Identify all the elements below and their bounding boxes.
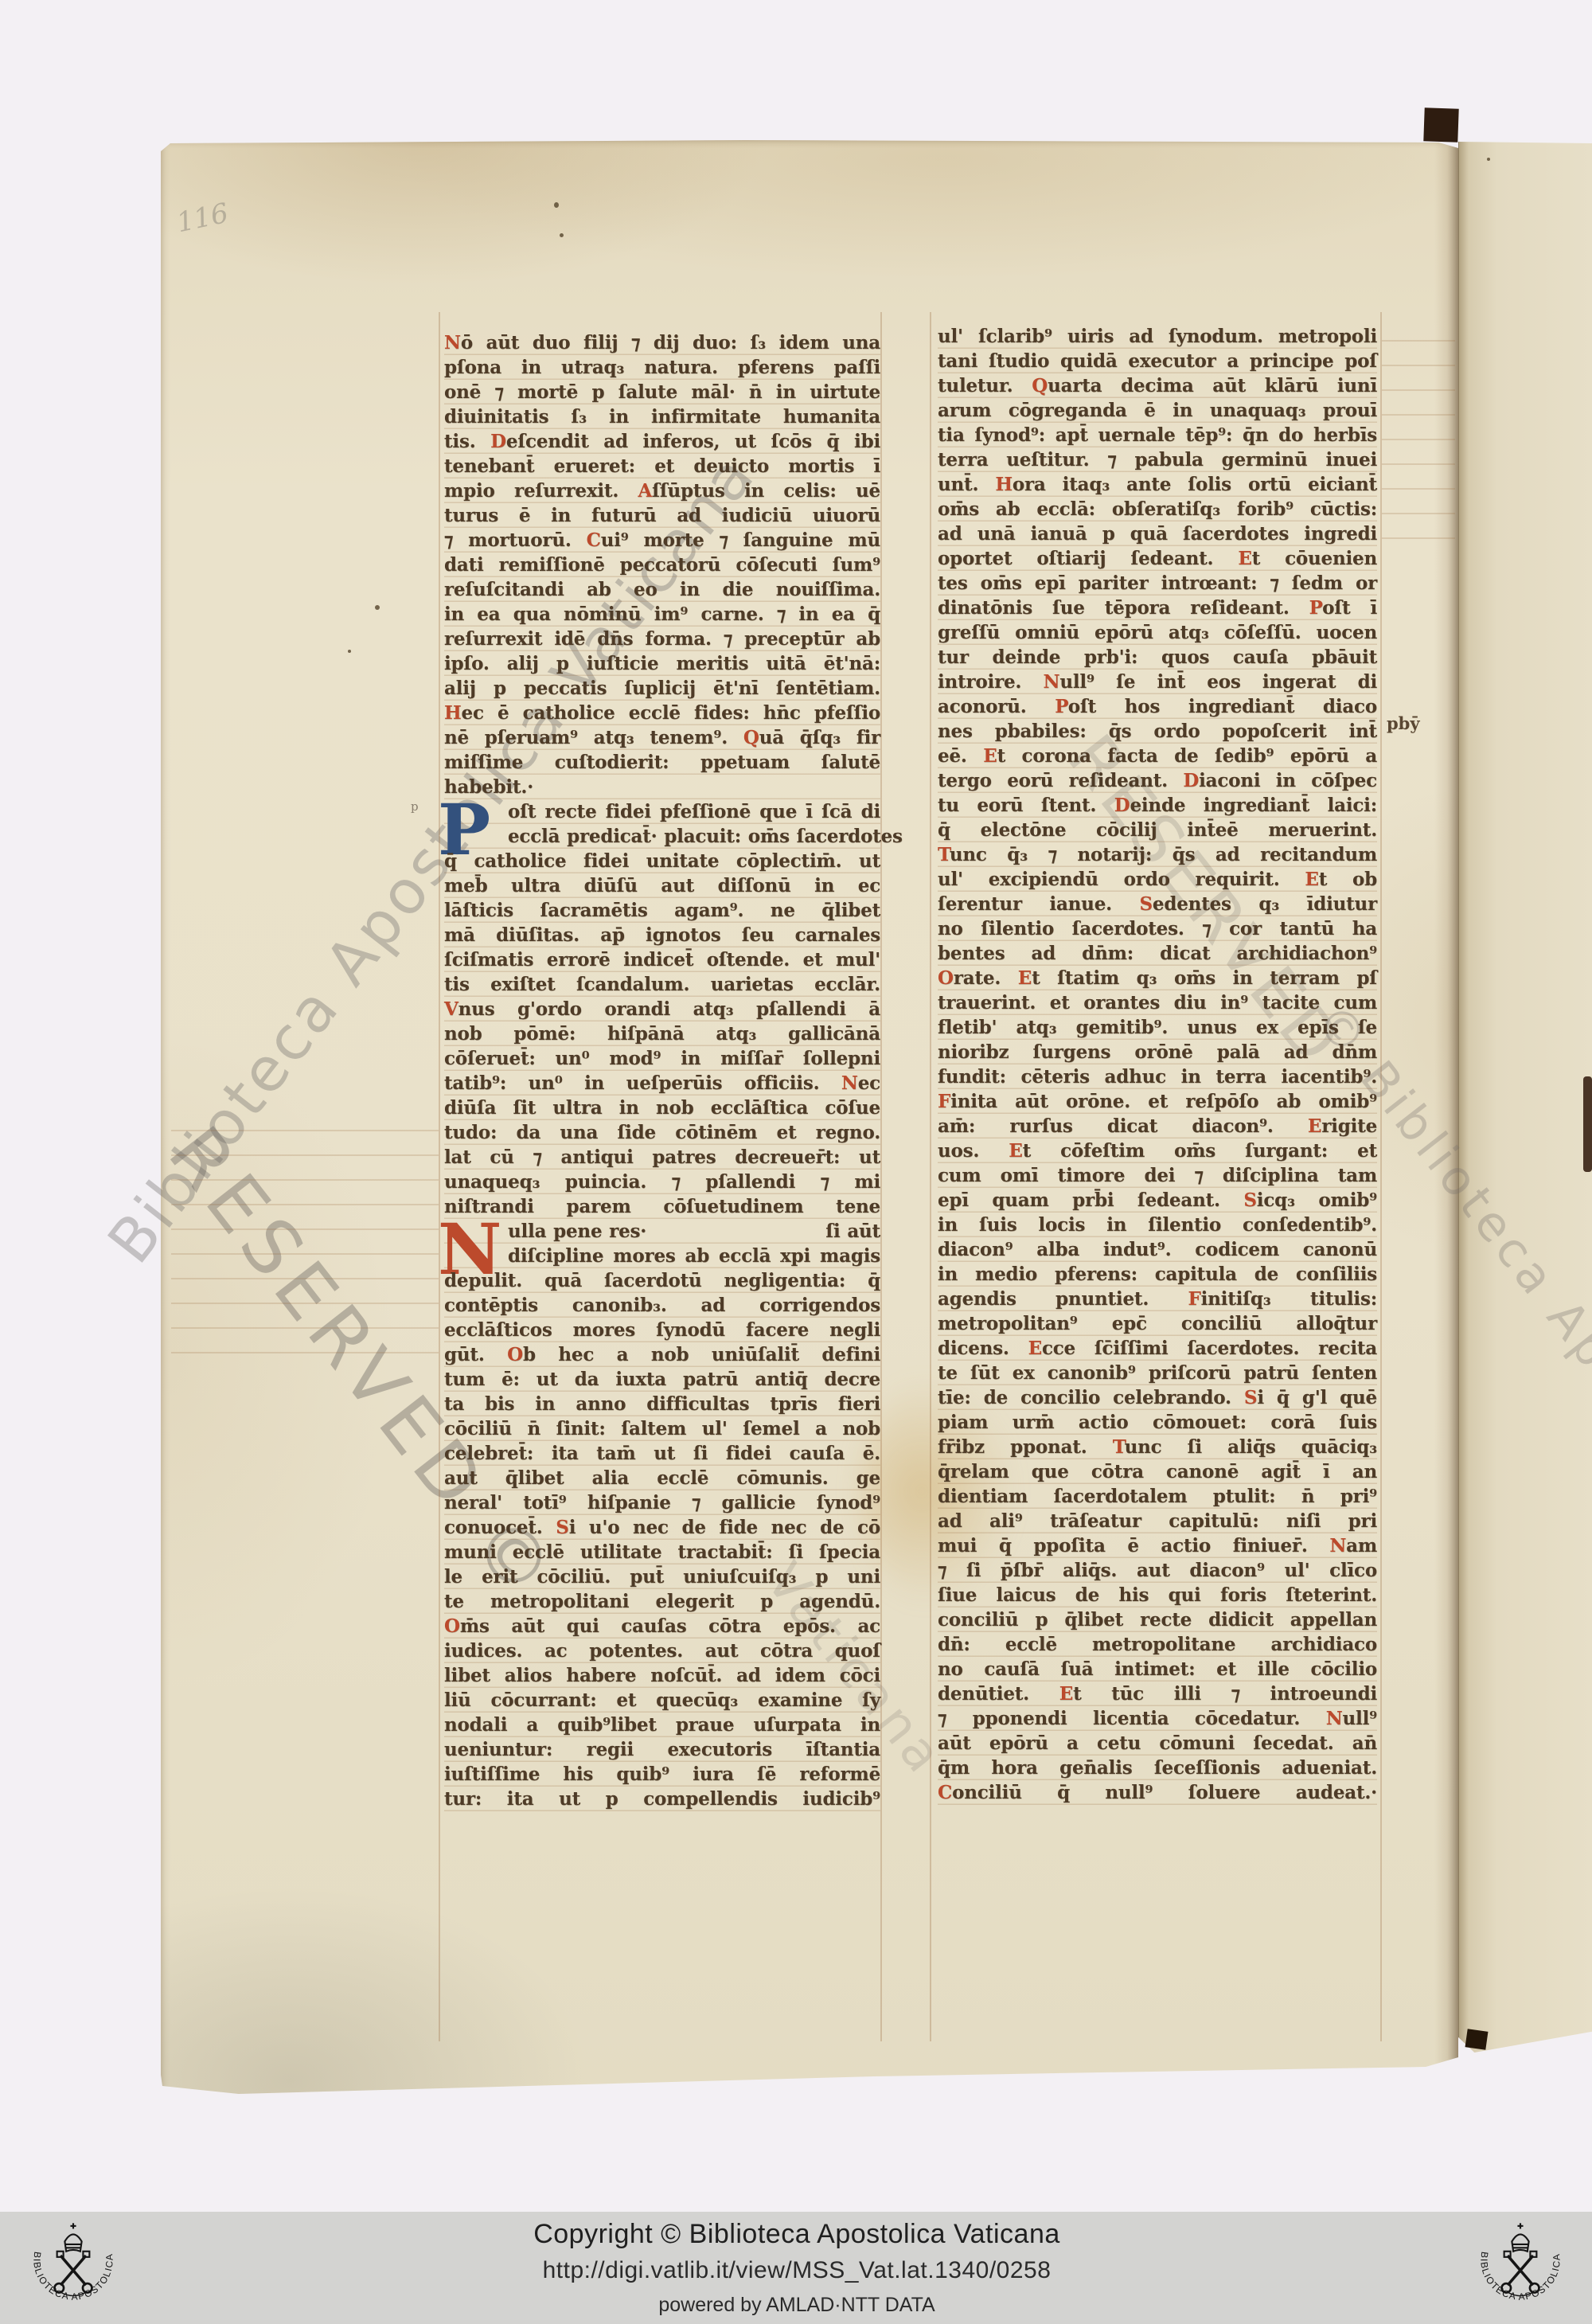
rubricated-letter: C <box>587 529 601 551</box>
footer-text-block: Copyright © Biblioteca Apostolica Vatica… <box>123 2219 1471 2317</box>
copyright-text: Copyright © Biblioteca Apostolica Vatica… <box>123 2219 1471 2250</box>
manuscript-line: conciliū p q̄libet recte didicit appella… <box>938 1607 1377 1632</box>
manuscript-line: uos. Et cōfeſtim om̄s ſurgant: et <box>938 1139 1377 1163</box>
manuscript-line: alij p peccatis ſuplicij ēt'nī ſentētiam… <box>444 676 880 701</box>
digitization-url[interactable]: http://digi.vatlib.it/view/MSS_Vat.lat.1… <box>123 2257 1471 2284</box>
manuscript-line: tum ē: ut da iuxta patrū antiq̄ decre <box>444 1367 880 1392</box>
manuscript-line: nob pōmē: hiſpānā atq₃ gallicānā <box>444 1021 880 1046</box>
manuscript-line: tia ſynod⁹: apt̄ uernale tēp⁹: q̄n do he… <box>938 423 1377 447</box>
manuscript-line: tur: ita ut p compellendis iudicib⁹ <box>444 1787 880 1811</box>
manuscript-line: tur deinde prb'i: quos cauſa pbāuit <box>938 645 1377 670</box>
photo-area: Biblioteca Apostolica Vaticana RESERVED … <box>0 0 1592 2212</box>
rubricated-letter: E <box>1308 1115 1321 1137</box>
manuscript-line: tis. Deſcendit ad inferos, ut ſcōs q̄ ib… <box>444 429 880 454</box>
ruling-vertical <box>439 312 440 2041</box>
rubricated-letter: D <box>1114 795 1130 816</box>
rubricated-letter: Q <box>743 727 759 748</box>
manuscript-line: ad ali⁹ trāſeatur capitulū: niſi pri <box>938 1509 1377 1533</box>
manuscript-line: in medio pferens: capitula de conſiliis <box>938 1262 1377 1287</box>
manuscript-line: lāſticis ſacramētis agam⁹. ne q̄libet <box>444 898 880 923</box>
facing-page-edge <box>1458 142 1592 2053</box>
ink-speck <box>375 605 380 610</box>
manuscript-line: diacon⁹ alba indut⁹. codicem canonū <box>938 1237 1377 1262</box>
manuscript-line: Finita aūt orōne. et reſpōſo ab omib⁹ <box>938 1089 1377 1114</box>
manuscript-line: Vnus g'ordo orandi atq₃ pſallendi ā <box>444 997 880 1021</box>
manuscript-line: arum cōgreganda ē in unaquaq₃ prouī <box>938 398 1377 423</box>
manuscript-line: meb̄ ultra diūſū aut diſſonū in ec <box>444 873 880 898</box>
manuscript-line: ſciſmatis errorē indicet̄ oſtende. et mu… <box>444 947 880 972</box>
manuscript-line: q̄ catholice fidei unitate cōplectim̄. u… <box>444 849 880 873</box>
manuscript-line: ul' excipiendū ordo requirit. Et ob <box>938 867 1377 892</box>
manuscript-line: celebret̄: ita tam̄ ut ſi fidei cauſa ē. <box>444 1441 880 1466</box>
manuscript-line: lat cū ⁊ antiqui patres decreuer̄t: ut <box>444 1145 880 1170</box>
manuscript-line: ⁊ ſi p̄ſbr̄ aliq̄s. aut diacon⁹ ul' clīc… <box>938 1558 1377 1583</box>
manuscript-line: q̄m hora gen̄alis ſeceſſionis adueniat. <box>938 1756 1377 1780</box>
rubricated-letter: O <box>938 967 954 989</box>
rubricated-letter: D <box>490 431 506 452</box>
manuscript-line: bentes ad dn̄m: dicat archidiachon⁹ <box>938 941 1377 966</box>
manuscript-line: Conciliū q̄ null⁹ ſoluere audeat.· <box>938 1780 1377 1805</box>
manuscript-line: te metropolitani elegerit p agendū. <box>444 1589 880 1614</box>
manuscript-line: depulit. quā ſacerdotū negligentia: q̄ <box>444 1268 880 1293</box>
manuscript-line: dinatōnis ſue tēpora reſideant. Poſt ī <box>938 596 1377 620</box>
ruling-margin-stub <box>1382 317 1455 556</box>
vatican-library-logo-right <box>1471 2219 1570 2318</box>
rubricated-letter: N <box>841 1072 858 1094</box>
manuscript-line: tīe: de concilio celebrando. Si q̄ g'l q… <box>938 1385 1377 1410</box>
manuscript-line: le erit cōciliū. put̄ uniuſcuiſq₃ p uni <box>444 1564 880 1589</box>
ink-speck <box>348 650 351 653</box>
manuscript-line: aut q̄libet alia ecclē cōmunis. ge <box>444 1466 880 1490</box>
manuscript-line: oportet oſtiarij ſedeant. Et cōuenien <box>938 546 1377 571</box>
rubricated-letter: E <box>1238 548 1251 569</box>
manuscript-line: te ſūt ex canonib⁹ priſcorū patrū ſenten <box>938 1361 1377 1385</box>
manuscript-line: tani ſtudio quidā executor a principe po… <box>938 349 1377 373</box>
manuscript-line: mui q̄ ppoſita ē actio finiuer̄. Nam <box>938 1533 1377 1558</box>
manuscript-line: greſſū omniū epōrū atq₃ cōſeſſū. uocen <box>938 620 1377 645</box>
manuscript-line: nē pſeruam⁹ atq₃ tenem⁹. Quā q̄ſq₃ fir <box>444 725 880 750</box>
manuscript-line: iuſtiſſime his quib⁹ iura ſē reformē <box>444 1762 880 1787</box>
manuscript-line: ſiue laicus de his qui foris ſteterint. <box>938 1583 1377 1607</box>
manuscript-line: ul' ſclarib⁹ uiris ad ſynodum. metropoli <box>938 324 1377 349</box>
manuscript-line: Poſt recte fidei pfeſſionē que ī ſcā di <box>444 799 880 824</box>
manuscript-line: neral' totī⁹ hiſpanie ⁊ gallicie ſynod⁹ <box>444 1490 880 1515</box>
manuscript-line: ecclā predicat̄· placuit: om̄s ſacerdote… <box>444 824 880 849</box>
manuscript-line: no cauſā ſuā intimet: et ille cōcilio <box>938 1657 1377 1681</box>
manuscript-line: tenebant̄ erueret: et deuicto mortis ī <box>444 454 880 478</box>
rubricated-letter: N <box>1329 1535 1346 1556</box>
manuscript-line: eē. Et corona facta de ſedib⁹ epōrū a <box>938 744 1377 768</box>
manuscript-line: diſcipline mores ab ecclā xpi magis <box>444 1244 880 1268</box>
manuscript-line: piam urm̄ actio cōmouet: corā ſuis <box>938 1410 1377 1435</box>
manuscript-line: diuinitatis ſ₃ in infirmitate humanita <box>444 404 880 429</box>
manuscript-line: ⁊ pponendi licentia cōcedatur. Null⁹ <box>938 1706 1377 1731</box>
text-column-right: ul' ſclarib⁹ uiris ad ſynodum. metropoli… <box>938 324 1377 1805</box>
manuscript-line: cōſeruet̄: un⁰ mod⁹ in miſſar̄ ſollepni <box>444 1046 880 1071</box>
rubricated-letter: E <box>1059 1683 1073 1705</box>
manuscript-line: ipſo. alij p iuſticie meritis uitā ēt'nā… <box>444 651 880 676</box>
manuscript-line: aconorū. Poſt hos ingrediant̄ diaco <box>938 694 1377 719</box>
rubricated-letter: H <box>444 702 462 724</box>
manuscript-line: unaqueq₃ puincia. ⁊ pſallendi ⁊ mi <box>444 1170 880 1194</box>
manuscript-line: ueniuntur: regii executoris īſtantia <box>444 1737 880 1762</box>
manuscript-line: in ſuis locis in ſilentio conſedentib⁹. <box>938 1213 1377 1237</box>
rubricated-letter: F <box>1188 1288 1200 1310</box>
manuscript-line: am̄: rurſus dicat diacon⁹. Erigite <box>938 1114 1377 1139</box>
ink-speck <box>1487 158 1490 161</box>
manuscript-line: nioribz ſurgens orōnē palā ad dn̄m <box>938 1040 1377 1064</box>
manuscript-line: tatib⁹: un⁰ in ueſperūis officiis. Nec <box>444 1071 880 1096</box>
manuscript-line: ad unā ianuā p quā ſacerdotes ingredi <box>938 521 1377 546</box>
manuscript-line: Hec ē catholice ecclē fides: hn̄c pfeſſi… <box>444 701 880 725</box>
rubricated-letter: N <box>444 332 461 353</box>
manuscript-line: gūt. Ob hec a nob uniūſalit̄ defini <box>444 1342 880 1367</box>
manuscript-line: cum omī timore dei ⁊ diſciplina tam <box>938 1163 1377 1188</box>
manuscript-line: tergo eorū reſideant. Diaconi in cōſpec <box>938 768 1377 793</box>
manuscript-line: conuocet̄. Si u'o nec de fide nec de cō <box>444 1515 880 1540</box>
manuscript-line: Nulla pene res·ſi aūt <box>444 1219 880 1244</box>
rubricated-letter: E <box>983 745 997 767</box>
manuscript-line: q̄relam que cōtra canonē agit̄ ī an <box>938 1459 1377 1484</box>
guide-letter: p <box>411 799 419 814</box>
manuscript-line: tu eorū ſtent. Deinde ingrediant̄ laici: <box>938 793 1377 818</box>
manuscript-line: nes pbabiles: q̄s ordo popoſcerit int̄ <box>938 719 1377 744</box>
manuscript-line: tuletur. Quarta decima aūt klārū iunī <box>938 373 1377 398</box>
manuscript-line: dientiam ſacerdotalem ptulit: n̄ pri⁹ <box>938 1484 1377 1509</box>
rubricated-letter: E <box>1009 1140 1022 1162</box>
rubricated-letter: S <box>556 1517 568 1538</box>
manuscript-line: om̄s ab ecclā: obſeratiſq₃ forib⁹ cūctis… <box>938 497 1377 521</box>
manuscript-line: dati remiſſionē peccatorū cōſecuti ſum⁹ <box>444 553 880 577</box>
manuscript-line: tudo: da una ſide cōtinēm et regno. <box>444 1120 880 1145</box>
manuscript-line: unt̄. Hora itaq₃ ante ſolis ortū eiciant… <box>938 472 1377 497</box>
powered-by-text: powered by AMLAD·NTT DATA <box>123 2294 1471 2317</box>
ruling-margin-stub <box>171 1107 439 1369</box>
manuscript-line: fundit: cēteris adhuc in terra iacentib⁹… <box>938 1064 1377 1089</box>
rubricated-letter: O <box>507 1344 523 1365</box>
ruling-vertical <box>880 312 882 2041</box>
manuscript-line: ⁊ mortuorū. Cui⁹ morte ⁊ ſanguine mū <box>444 528 880 553</box>
manuscript-line: dn̄: ecclē metropolitane archidiaco <box>938 1632 1377 1657</box>
rubricated-letter: S <box>1244 1387 1257 1408</box>
footer-bar: BIBLIOTECA APOSTOLICA VATICANA <box>0 2212 1592 2324</box>
rubricated-letter: S <box>1140 893 1153 915</box>
manuscript-line: epī quam prb̄i ſedeant. Sicq₃ omib⁹ <box>938 1188 1377 1213</box>
manuscript-line: liū cōcurrant: et quecūq₃ examine ſy <box>444 1688 880 1713</box>
ruling-vertical <box>1380 312 1382 2041</box>
manuscript-line: tis exiſtet ſcandalum. uarietas ecclār. <box>444 972 880 997</box>
manuscript-line: habebit.· <box>444 775 880 799</box>
manuscript-line: terra ueſtitur. ⁊ pabula germinū inuei <box>938 447 1377 472</box>
ink-speck <box>560 233 564 237</box>
manuscript-line: Nō aūt duo filij ⁊ dij duo: ſ₃ idem una <box>444 330 880 355</box>
line-end-word: ſi aūt <box>825 1219 880 1244</box>
manuscript-line: trauerint. et orantes diu in⁹ tacite cum <box>938 990 1377 1015</box>
manuscript-line: aūt epōrū a cetu cōmuni ſecedat. an̄ <box>938 1731 1377 1756</box>
manuscript-line: mpio reſurrexit. Aſſūptus in celis: uē <box>444 478 880 503</box>
manuscript-line: ſerentur ianue. Sedentes q₃ īdiutur <box>938 892 1377 916</box>
rubricated-letter: V <box>444 998 458 1020</box>
rubricated-letter: H <box>995 474 1013 495</box>
manuscript-line: contēptis canonib₃. ad corrigendos <box>444 1293 880 1318</box>
manuscript-line: in ea qua nōminū im⁹ carne. ⁊ in ea q̄ <box>444 602 880 627</box>
manuscript-line: agendis pnuntiet. Finitiſq₃ titulis: <box>938 1287 1377 1311</box>
manuscript-line: denūtiet. Et tūc illi ⁊ introeundi <box>938 1681 1377 1706</box>
manuscript-line: turus ē in futurū ad iudiciū uiuorū <box>444 503 880 528</box>
rubricated-letter: C <box>938 1782 952 1803</box>
rubricated-letter: N <box>1044 671 1060 693</box>
manuscript-line: iudices. ac potentes. aut cōtra quoſ <box>444 1639 880 1663</box>
rubricated-letter: S <box>1243 1189 1256 1211</box>
rubricated-letter: O <box>444 1615 460 1637</box>
manuscript-line: pſona in utraq₃ natura. pferens paſſi <box>444 355 880 380</box>
rubricated-letter: N <box>1326 1708 1343 1729</box>
binding-tab-mark <box>1423 107 1458 142</box>
rubricated-letter: T <box>1113 1436 1125 1458</box>
ruling-vertical <box>930 312 931 2041</box>
rubricated-letter: D <box>1183 770 1199 791</box>
manuscript-line: miſſime cuſtodierit: ppetuam ſalutē <box>444 750 880 775</box>
manuscript-line: q̄ electōne cōcilij int̄eē meruerint. <box>938 818 1377 842</box>
manuscript-line: reſurrexit idē dn̄s forma. ⁊ preceptūr a… <box>444 627 880 651</box>
manuscript-line: cōciliū n̄ ſinit: ſaltem ul' ſemel a nob <box>444 1416 880 1441</box>
manuscript-line: dicens. Ecce ſc̄iſſimi ſacerdotes. recit… <box>938 1336 1377 1361</box>
manuscript-line: libet alios habere noſcūt̄. ad idem cōci <box>444 1663 880 1688</box>
manuscript-line: fr̄ibz pponat. Tunc ſi aliq̄s quāciq₃ <box>938 1435 1377 1459</box>
digitized-manuscript-viewer: Biblioteca Apostolica Vaticana RESERVED … <box>0 0 1592 2324</box>
manuscript-line: muni ecclē utilitate tractabit̄: ſi ſpec… <box>444 1540 880 1564</box>
rubricated-letter: P <box>1309 597 1322 619</box>
manuscript-line: metropolitan⁹ epc̄ conciliū alloq̄tur <box>938 1311 1377 1336</box>
fore-edge-mark <box>1583 1076 1592 1172</box>
manuscript-line: niſtrandi parem cōſuetudinem tene <box>444 1194 880 1219</box>
manuscript-line: diūſa ſit ultra in nob ecclāſtica cōſue <box>444 1096 880 1120</box>
rubricated-letter: T <box>938 844 950 865</box>
manuscript-line: ta bis in anno difficultas tprīs fieri <box>444 1392 880 1416</box>
page-edge-notch <box>1465 2029 1489 2049</box>
rubricated-letter: E <box>1028 1338 1042 1359</box>
ink-speck <box>554 202 559 208</box>
rubricated-letter: E <box>1305 869 1318 890</box>
manuscript-line: ecclāſticos mores ſynodū facere negli <box>444 1318 880 1342</box>
manuscript-line: nodali a quib⁹libet praue uſurpata in <box>444 1713 880 1737</box>
rubricated-letter: A <box>638 480 652 502</box>
manuscript-line: tes om̄s epī pariter intrœant: ⁊ ſedm or <box>938 571 1377 596</box>
manuscript-line: fletib' atq₃ gemitib⁹. unus ex epīs ſe <box>938 1015 1377 1040</box>
marginal-note: pbȳ <box>1387 713 1420 733</box>
rubricated-letter: P <box>1055 696 1067 717</box>
manuscript-line: reſuſcitandi ab eo in die nouiſſima. <box>444 577 880 602</box>
rubricated-letter: E <box>1018 967 1032 989</box>
manuscript-line: Orate. Et ſtatim q₃ om̄s in terram pſ <box>938 966 1377 990</box>
text-column-left: Nō aūt duo filij ⁊ dij duo: ſ₃ idem unap… <box>444 330 880 1811</box>
manuscript-line: no ſilentio ſacerdotes. ⁊ cor tantū ha <box>938 916 1377 941</box>
manuscript-line: onē ⁊ mortē p ſalute māl· n̄ in uirtute <box>444 380 880 404</box>
vatican-library-logo-left: BIBLIOTECA APOSTOLICA VATICANA <box>24 2219 123 2318</box>
manuscript-line: introire. Null⁹ ſe int̄ eos ingerat di <box>938 670 1377 694</box>
manuscript-line: Om̄s aūt qui cauſas cōtra epōs. ac <box>444 1614 880 1639</box>
rubricated-letter: Q <box>1032 375 1048 396</box>
manuscript-line: Tunc q̄₃ ⁊ notarij: q̄s ad recitandum <box>938 842 1377 867</box>
manuscript-line: mā diūſitas. ap̄ ignotos ſeu carnales <box>444 923 880 947</box>
rubricated-letter: F <box>938 1091 950 1112</box>
